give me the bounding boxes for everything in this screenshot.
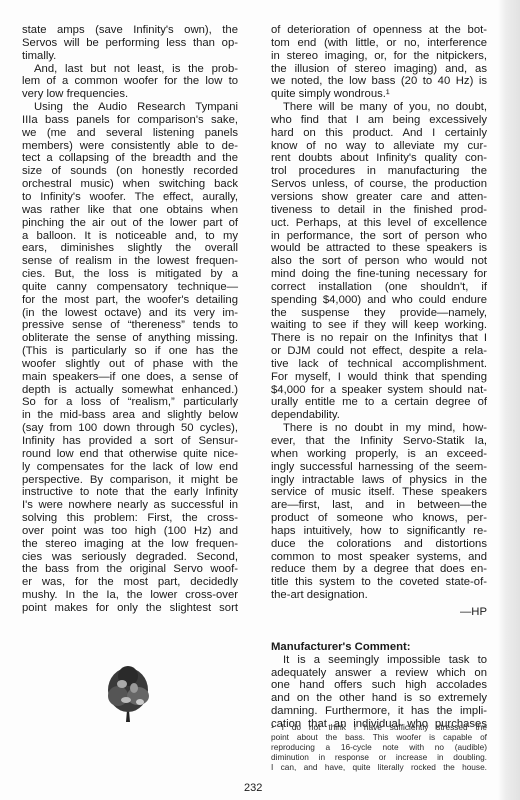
text-line: haps intuitively, how to significantly r… — [271, 525, 487, 538]
text-line: state amps (save Infinity's own), the — [22, 24, 238, 37]
text-line: round low end that otherwise quite nice- — [22, 448, 238, 461]
text-line: one hand offers such high accolades — [271, 679, 487, 692]
text-line: Servos unless, of course, the production — [271, 178, 487, 191]
text-line: of deterioration of openness at the bot- — [271, 24, 487, 37]
text-line: ly compensates for the lack of low end — [22, 461, 238, 474]
text-line: quite simply wondrous.¹ — [271, 88, 487, 101]
right-column: of deterioration of openness at the bot-… — [271, 24, 487, 731]
text-line: hard on this product. And I certainly — [271, 127, 487, 140]
text-line: pressive sense of “thereness” tends to — [22, 319, 238, 332]
text-line: There will be many of you, no doubt, — [271, 101, 487, 114]
text-line: obliterate the sense of anything missing… — [22, 332, 238, 345]
text-line: common to most speaker systems, and — [271, 551, 487, 564]
text-line: and on the other hand is so extremely — [271, 692, 487, 705]
text-line: or DJM could not effect, despite a rela- — [271, 345, 487, 358]
text-line: dependability. — [271, 409, 487, 422]
text-line: members) were consistently able to de- — [22, 140, 238, 153]
text-line: over point was too high (100 Hz) and — [22, 525, 238, 538]
text-line: damning. Furthermore, it has the impli- — [271, 705, 487, 718]
text-line: we noted, the low bass (20 to 40 Hz) is — [271, 75, 487, 88]
text-line: duce the colorations and distortions — [271, 538, 487, 551]
text-line: the stereo imaging at the low frequen- — [22, 538, 238, 551]
text-line: tiveness to detail in the finished prod- — [271, 204, 487, 217]
text-line: IIIa bass panels for comparison's sake, — [22, 114, 238, 127]
text-line: for the most part, the woofer's detailin… — [22, 294, 238, 307]
text-line: very low frequencies. — [22, 88, 238, 101]
text-line: point about the bass. This woofer is cap… — [271, 732, 487, 742]
text-line: point makes for only the slightest sort — [22, 602, 238, 615]
text-line: the bass from the original Servo woof- — [22, 563, 238, 576]
text-line: waiting to see if they will keep working… — [271, 319, 487, 332]
text-line: There is no repair on the Infinitys that… — [271, 332, 487, 345]
text-line: urally entitle me to a certain degree of — [271, 396, 487, 409]
text-line: mind doing the fine-tuning necessary for — [271, 268, 487, 281]
text-line: product of someone who knows, per- — [271, 512, 487, 525]
text-line: are—first, last, and in between—the — [271, 499, 487, 512]
text-line: ever, that the Infinity Servo-Statik Ia, — [271, 435, 487, 448]
text-line: the illusion of stereo imaging) and, as — [271, 63, 487, 76]
text-line: service of music itself. These speakers — [271, 486, 487, 499]
text-line: $4,000 for a speaker system should nat- — [271, 384, 487, 397]
text-line: ingly intractable laws of physics in the — [271, 474, 487, 487]
text-line: we (me and several listening panels — [22, 127, 238, 140]
text-line: also the sort of person who would not — [271, 255, 487, 268]
reviewer-signature: —HP — [271, 606, 487, 619]
text-line: Servos will be performing less than op- — [22, 37, 238, 50]
text-line: ¹ I do not think I have sufficiently str… — [271, 722, 487, 732]
text-line: timally. — [22, 50, 238, 63]
text-line: versions show greater care and atten- — [271, 191, 487, 204]
text-line: tom end (with little, or no, interferenc… — [271, 37, 487, 50]
text-line: There is no doubt in my mind, how- — [271, 422, 487, 435]
text-line: size of sounds (on honestly recorded — [22, 165, 238, 178]
text-line: adequately answer a review which on — [271, 667, 487, 680]
text-line: tect a collapsing of the breadth and the — [22, 152, 238, 165]
text-line: perspective. By comparison, it might be — [22, 474, 238, 487]
text-line: in performance, the sort of person who — [271, 230, 487, 243]
text-line: rent doubts about Infinity's quality con… — [271, 152, 487, 165]
text-line: was rather like that one obtains when — [22, 204, 238, 217]
text-line: cies. But, the loss is mitigated by a — [22, 268, 238, 281]
text-line: diminution in response or increase in do… — [271, 752, 487, 762]
text-line: It is a seemingly impossible task to — [271, 654, 487, 667]
text-line: trol procedures in manufacturing the — [271, 165, 487, 178]
text-line: instructive to note that the early Infin… — [22, 486, 238, 499]
text-line: quite canny compensatory technique— — [22, 281, 238, 294]
text-line: main speakers—if one does, a sense of — [22, 371, 238, 384]
page-edge-shadow — [498, 0, 520, 800]
text-line: er was, for the most part, decidedly — [22, 576, 238, 589]
text-line: depth is actually somewhat enhanced.) — [22, 384, 238, 397]
text-line: would be attracted to these speakers is — [271, 242, 487, 255]
text-line: the-art designation. — [271, 589, 487, 602]
text-line: reproducing a 16-cycle note with no (aud… — [271, 742, 487, 752]
text-line: orchestral music) when switching back — [22, 178, 238, 191]
text-line: Using the Audio Research Tympani — [22, 101, 238, 114]
text-line: (This is particularly so if one has the — [22, 345, 238, 358]
text-line: who find that I am being excessively — [271, 114, 487, 127]
text-line: when working properly, is an exceed- — [271, 448, 487, 461]
text-line: For myself, I would think that spending — [271, 371, 487, 384]
text-line: a balloon. It is noticeable and, to my — [22, 230, 238, 243]
text-line: spending $4,000) and who could endure — [271, 294, 487, 307]
text-line: And, last but not least, is the prob- — [22, 63, 238, 76]
text-line: to Infinity's woofer. The effect, aurall… — [22, 191, 238, 204]
text-line: I's were nowhere nearly as successful in — [22, 499, 238, 512]
text-line: pinching the air out of the lower part o… — [22, 217, 238, 230]
text-line: woofer slightly out of phase with the — [22, 358, 238, 371]
text-line: So for a loss of “realism,” particularly — [22, 396, 238, 409]
text-line: title this system to the coveted state-o… — [271, 576, 487, 589]
text-line: mushy. In the Ia, the lower cross-over — [22, 589, 238, 602]
text-line: correct installation (one shouldn't, if — [271, 281, 487, 294]
manufacturer-comment-text: It is a seemingly impossible task toadeq… — [271, 654, 487, 731]
text-line: in stereo imaging, or, for the nitpicker… — [271, 50, 487, 63]
text-line: know of no way to alleviate my cur- — [271, 140, 487, 153]
text-line: sense of realism in the lowest frequen- — [22, 255, 238, 268]
text-line: solving this problem: First, the cross- — [22, 512, 238, 525]
text-line: ears, diminishes slightly the overall — [22, 242, 238, 255]
text-line: lem of a common woofer for the low to — [22, 75, 238, 88]
left-column: state amps (save Infinity's own), theSer… — [22, 24, 238, 615]
text-line: tive lack of technical accomplishment. — [271, 358, 487, 371]
text-line: cies was seriously degraded. Second, — [22, 551, 238, 564]
tree-icon — [96, 662, 160, 734]
text-line: uct. Perhaps, at this level of excellenc… — [271, 217, 487, 230]
text-line: (say from 100 down through 50 cycles), — [22, 422, 238, 435]
text-line: Infinity has provided a sort of Sensur- — [22, 435, 238, 448]
text-line: ingly successful harnessing of the seem- — [271, 461, 487, 474]
text-line: the suspense they provide—namely, — [271, 307, 487, 320]
page-number: 232 — [244, 782, 262, 794]
text-line: reduce them by a degree that does en- — [271, 563, 487, 576]
manufacturer-comment-heading: Manufacturer's Comment: — [271, 641, 487, 654]
text-line: in the mid-bass area and slightly below — [22, 409, 238, 422]
footnote: ¹ I do not think I have sufficiently str… — [271, 722, 487, 772]
review-text: of deterioration of openness at the bot-… — [271, 24, 487, 602]
text-line: I can, and have, quite literally rocked … — [271, 762, 487, 772]
text-line: (in the lowest octave) and its very im- — [22, 307, 238, 320]
